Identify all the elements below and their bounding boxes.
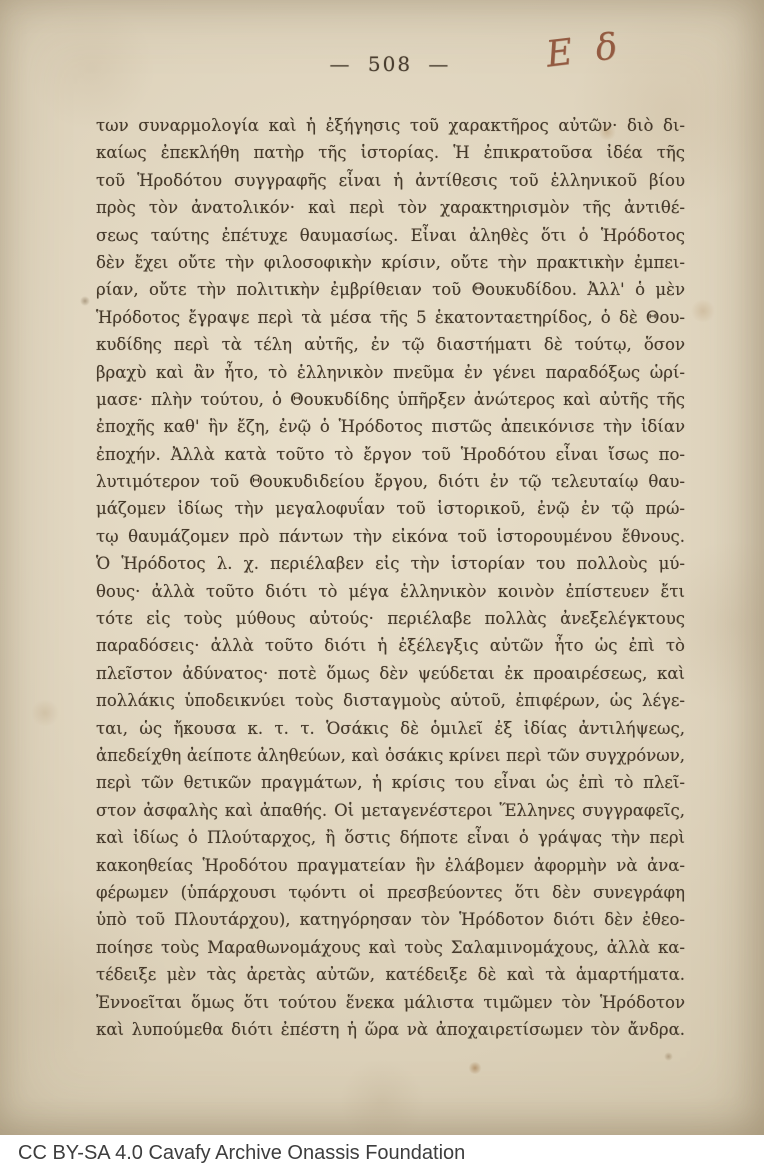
text-line: των συναρμολογία καὶ ἡ ἐξήγησις τοῦ χαρα… [96,112,685,139]
text-line: λυτιμότερον τοῦ Θουκυδιδείου ἔργου, διότ… [96,468,685,495]
text-line: κυδίδης περὶ τὰ τέλη αὐτῆς, ἐν τῷ διαστή… [96,331,685,358]
stain-spot [468,1062,482,1074]
text-line: παραδόσεις· ἀλλὰ τοῦτο διότι ἡ ἐξέλεγξις… [96,632,685,659]
stain-spot [690,300,716,322]
text-line: τοῦ Ἡροδότου συγγραφῆς εἶναι ἡ ἀντίθεσις… [96,167,685,194]
paper-background: — 508 — Ε δ των συναρμολογία καὶ ἡ ἐξήγη… [0,0,764,1135]
body-text: των συναρμολογία καὶ ἡ ἐξήγησις τοῦ χαρα… [96,112,685,1043]
text-line: καίως ἐπεκλήθη πατὴρ τῆς ἱστορίας. Ἡ ἐπι… [96,139,685,166]
text-line: μάζομεν ἰδίως τὴν μεγαλοφυΐαν τοῦ ἱστορι… [96,495,685,522]
text-line: κακοηθείας Ἡροδότου πραγματείαν ἣν ἐλάβο… [96,852,685,879]
stain-spot [80,296,90,306]
stain-spot [664,1052,673,1061]
text-line: σεως ταύτης ἐπέτυχε θαυμασίως. Εἶναι ἀλη… [96,222,685,249]
text-line: καὶ λυπούμεθα διότι ἐπέστη ἡ ὥρα νὰ ἀποχ… [96,1016,685,1043]
text-line: ἀπεδείχθη ἀείποτε ἀληθεύων, καὶ ὁσάκις κ… [96,742,685,769]
text-line: δὲν ἔχει οὔτε τὴν φιλοσοφικὴν κρίσιν, οὔ… [96,249,685,276]
text-line: φέρωμεν (ὑπάρχουσι τῳόντι οἱ πρεσβεύοντε… [96,879,685,906]
scanned-book-page: — 508 — Ε δ των συναρμολογία καὶ ἡ ἐξήγη… [0,0,764,1171]
text-line: καὶ ἰδίως ὁ Πλούταρχος, ἢ ὅστις δήποτε ε… [96,824,685,851]
text-line: ποίησε τοὺς Μαραθωνομάχους καὶ τοὺς Σαλα… [96,934,685,961]
text-line: ρίαν, οὔτε τὴν πολιτικὴν ἐμβρίθειαν τοῦ … [96,276,685,303]
text-line: μασε· πλὴν τούτου, ὁ Θουκυδίδης ὑπῆρξεν … [96,386,685,413]
text-line: ἐποχήν. Ἀλλὰ κατὰ τοῦτο τὸ ἔργον τοῦ Ἡρο… [96,441,685,468]
stain-spot [30,700,60,726]
text-line: ἐποχῆς καθ' ἣν ἔζη, ἐνῷ ὁ Ἡρόδοτος πιστῶ… [96,413,685,440]
text-line: τέδειξε μὲν τὰς ἀρετὰς αὐτῶν, κατέδειξε … [96,961,685,988]
text-line: Ὁ Ἡρόδοτος λ. χ. περιέλαβεν εἰς τὴν ἱστο… [96,550,685,577]
license-text: CC BY-SA 4.0 Cavafy Archive Onassis Foun… [18,1142,465,1165]
text-line: πρὸς τὸν ἀνατολικόν· καὶ περὶ τὸν χαρακτ… [96,194,685,221]
text-line: βραχὺ καὶ ἂν ἦτο, τὸ ἑλληνικὸν πνεῦμα ἐν… [96,359,685,386]
text-line: πλεῖστον ἀδύνατος· ποτὲ ὅμως δὲν ψεύδετα… [96,660,685,687]
text-line: πολλάκις ὑποδεικνύει τοὺς δισταγμοὺς αὑτ… [96,687,685,714]
text-line: Ἐννοεῖται ὅμως ὅτι τούτου ἕνεκα μάλιστα … [96,989,685,1016]
text-line: ται, ὡς ἤκουσα κ. τ. τ. Ὁσάκις δὲ ὁμιλεῖ… [96,715,685,742]
text-line: περὶ τῶν θετικῶν πραγμάτων, ἡ κρίσις του… [96,769,685,796]
text-line: ὑπὸ τοῦ Πλουτάρχου), κατηγόρησαν τὸν Ἡρό… [96,906,685,933]
text-line: Ἡρόδοτος ἔγραψε περὶ τὰ μέσα τῆς 5 ἑκατο… [96,304,685,331]
text-line: τῳ θαυμάζομεν πρὸ πάντων τὴν εἰκόνα τοῦ … [96,523,685,550]
text-line: θους· ἀλλὰ τοῦτο διότι τὸ μέγα ἑλληνικὸν… [96,578,685,605]
license-bar: CC BY-SA 4.0 Cavafy Archive Onassis Foun… [0,1135,764,1171]
text-line: τότε εἰς τοὺς μύθους αὐτούς· περιέλαβε π… [96,605,685,632]
text-line: στον ἀσφαλὴς καὶ ἀπαθής. Οἱ μεταγενέστερ… [96,797,685,824]
